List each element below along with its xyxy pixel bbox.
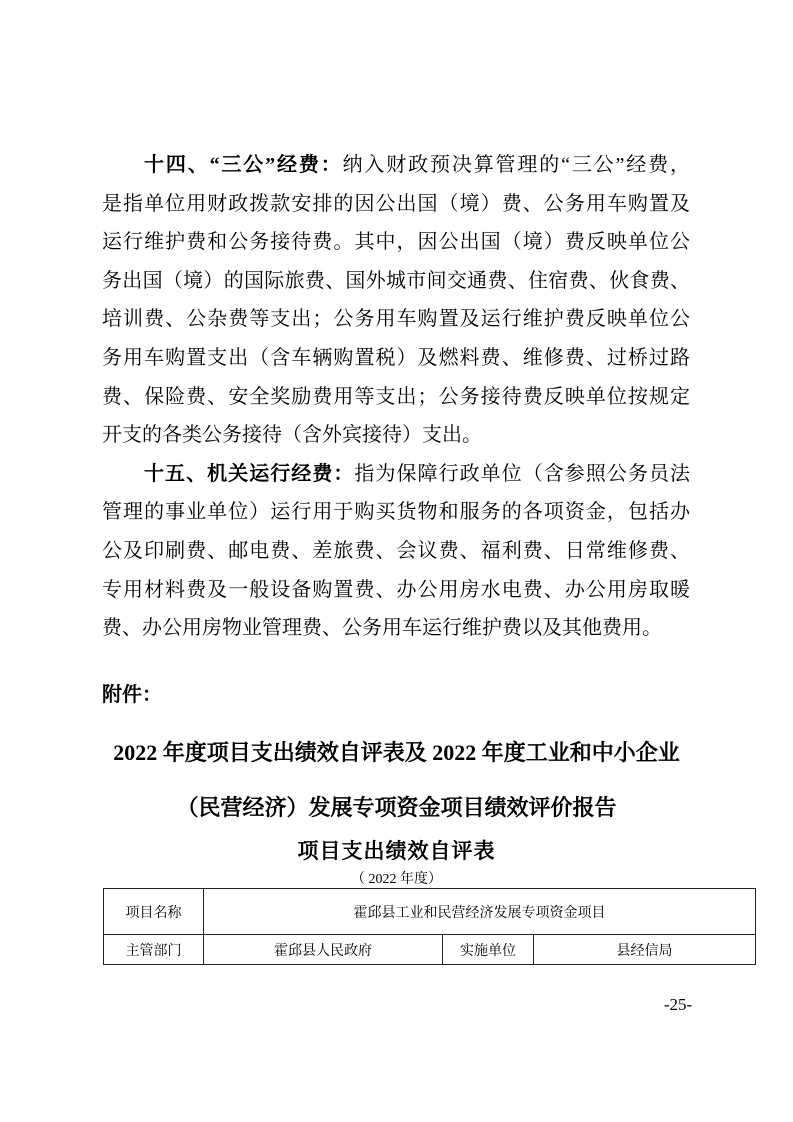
attachment-title-line-1: 2022 年度项目支出绩效自评表及 2022 年度工业和中小企业 (0, 736, 793, 767)
section-14-line-3: 运行维护费和公务接待费。其中，因公出国（境）费反映单位公 (102, 223, 690, 262)
attachment-title-line-2: （民营经济）发展专项资金项目绩效评价报告 (0, 791, 793, 822)
attachment-label: 附件： (102, 678, 162, 707)
supervising-dept-value: 霍邱县人民政府 (204, 935, 443, 965)
page-number: -25- (648, 995, 708, 1015)
project-name-value: 霍邱县工业和民营经济发展专项资金项目 (204, 889, 756, 935)
self-eval-table-title: 项目支出绩效自评表 (0, 835, 793, 865)
supervising-dept-label: 主管部门 (104, 935, 204, 965)
section-15-line-4: 专用材料费及一般设备购置费、办公用房水电费、办公用房取暖 (102, 571, 690, 610)
section-15-intro: 指为保障行政单位（含参照公务员法 (354, 463, 690, 485)
section-14-line-7: 费、保险费、安全奖励费用等支出；公务接待费反映单位按规定 (102, 378, 690, 417)
section-14-line-8: 开支的各类公务接待（含外宾接待）支出。 (102, 416, 690, 455)
section-14-line-5: 培训费、公杂费等支出；公务用车购置及运行维护费反映单位公 (102, 300, 690, 339)
section-15-heading: 十五、机关运行经费： (144, 463, 354, 485)
table-year-line: （ 2022 年度） (0, 868, 793, 888)
section-15-line-3: 公及印刷费、邮电费、差旅费、会议费、福利费、日常维修费、 (102, 532, 690, 571)
body-text: 十四、“三公”经费：纳入财政预决算管理的“三公”经费， 是指单位用财政拨款安排的… (102, 146, 690, 648)
table-row-project-name: 项目名称 霍邱县工业和民营经济发展专项资金项目 (104, 889, 756, 935)
section-14-line-6: 务用车购置支出（含车辆购置税）及燃料费、维修费、过桥过路 (102, 339, 690, 378)
self-eval-table: 项目名称 霍邱县工业和民营经济发展专项资金项目 主管部门 霍邱县人民政府 实施单… (103, 888, 756, 965)
table-row-departments: 主管部门 霍邱县人民政府 实施单位 县经信局 (104, 935, 756, 965)
section-14-intro: 纳入财政预决算管理的“三公”经费， (343, 154, 690, 176)
section-14-line-4: 务出国（境）的国际旅费、国外城市间交通费、住宿费、伙食费、 (102, 262, 690, 301)
section-14-line-1: 十四、“三公”经费：纳入财政预决算管理的“三公”经费， (102, 146, 690, 185)
section-14-line-2: 是指单位用财政拨款安排的因公出国（境）费、公务用车购置及 (102, 185, 690, 224)
section-15-line-5: 费、办公用房物业管理费、公务用车运行维护费以及其他费用。 (102, 609, 690, 648)
project-name-label: 项目名称 (104, 889, 204, 935)
section-15-line-1: 十五、机关运行经费：指为保障行政单位（含参照公务员法 (102, 455, 690, 494)
implementing-unit-value: 县经信局 (534, 935, 756, 965)
document-page: 十四、“三公”经费：纳入财政预决算管理的“三公”经费， 是指单位用财政拨款安排的… (0, 0, 793, 1122)
section-15-line-2: 管理的事业单位）运行用于购买货物和服务的各项资金，包括办 (102, 493, 690, 532)
section-14-heading: 十四、“三公”经费： (144, 154, 343, 176)
implementing-unit-label: 实施单位 (443, 935, 534, 965)
